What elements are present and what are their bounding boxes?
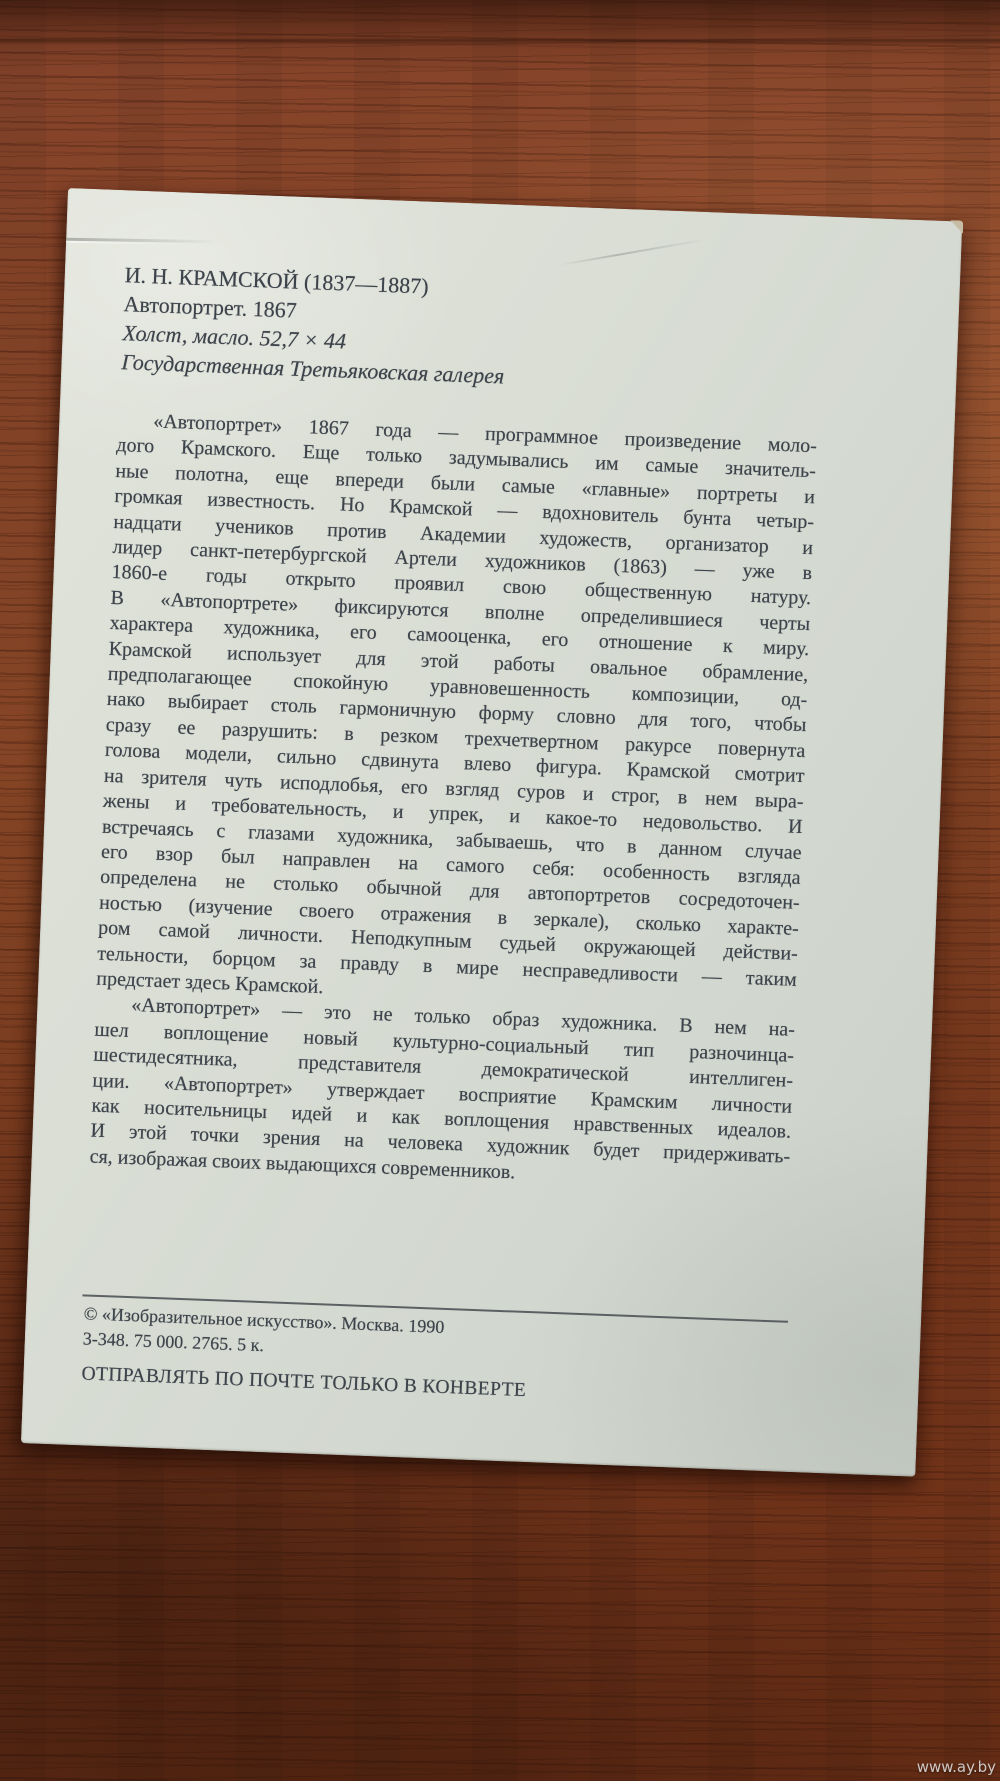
print-code-line: 3-348. 75 000. 2765. 5 к. — [82, 1328, 264, 1356]
postcard-header: И. Н. КРАМСКОЙ (1837—1887) Автопортрет. … — [121, 260, 508, 390]
essay-text: «Автопортрет» 1867 года — программное пр… — [89, 408, 817, 1196]
essay-paragraph-2: «Автопортрет» — это не только образ худо… — [89, 992, 795, 1196]
essay-paragraph-1: «Автопортрет» 1867 года — программное пр… — [96, 408, 817, 1018]
paper-crease-top — [559, 238, 707, 266]
postcard: И. Н. КРАМСКОЙ (1837—1887) Автопортрет. … — [21, 188, 962, 1477]
mailing-notice: ОТПРАВЛЯТЬ ПО ПОЧТЕ ТОЛЬКО В КОНВЕРТЕ — [81, 1363, 526, 1402]
watermark: www.ay.by — [917, 1758, 996, 1776]
paper-crease-left — [66, 238, 238, 244]
bent-corner — [950, 220, 963, 233]
photo-scene: { "colors": { "wood": "#7b3d21", "wood_s… — [0, 0, 1000, 1781]
